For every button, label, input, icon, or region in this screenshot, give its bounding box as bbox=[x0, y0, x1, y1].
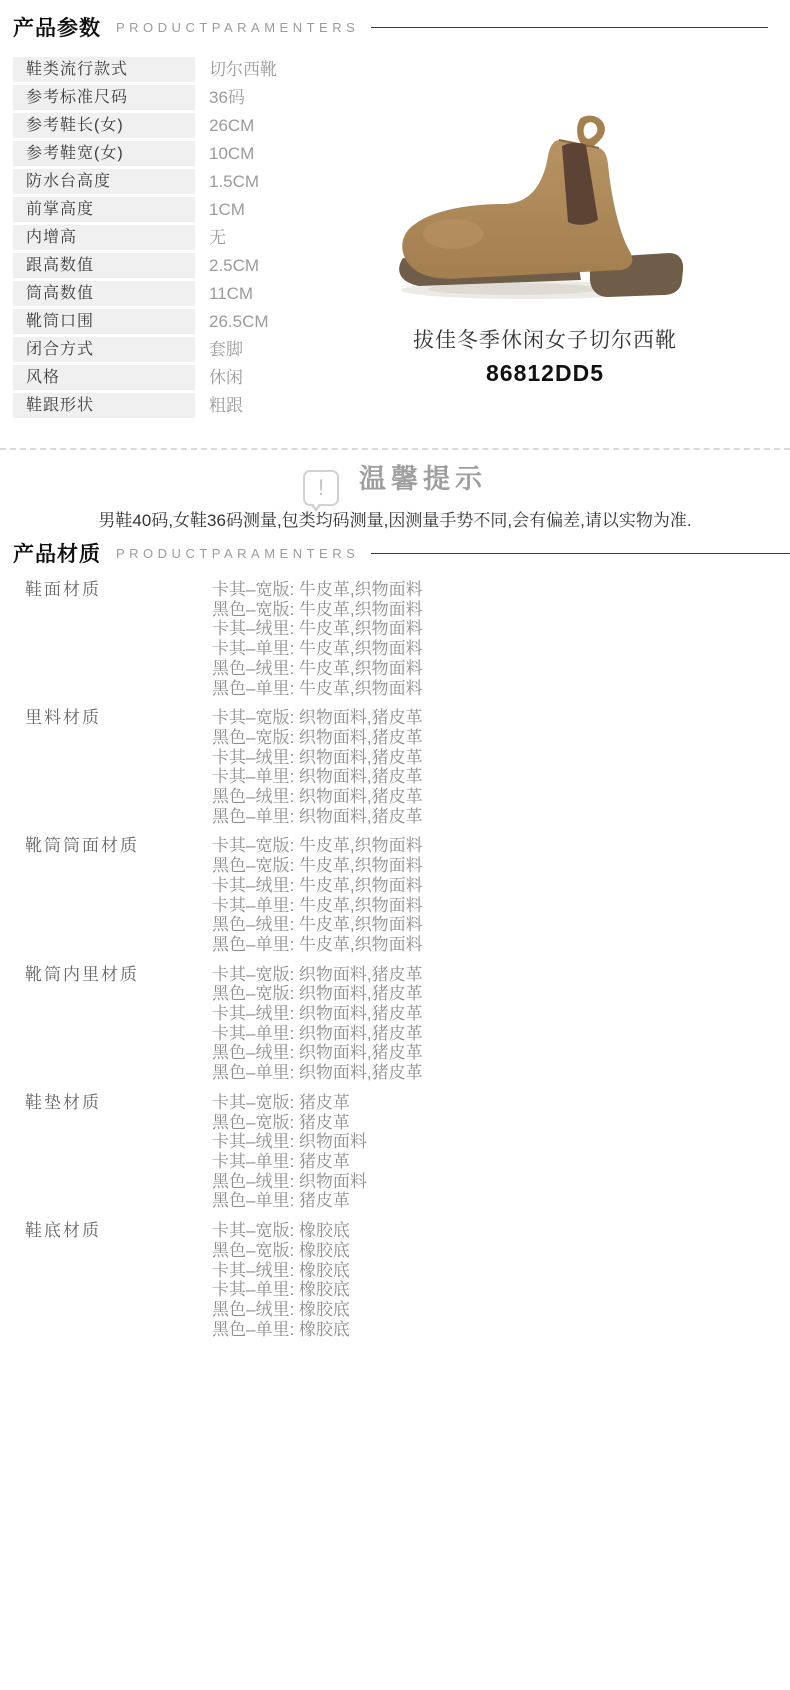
param-label: 闭合方式 bbox=[13, 337, 195, 362]
material-line: 卡其–宽版: 织物面料,猪皮革 bbox=[212, 708, 775, 728]
param-value: 1.5CM bbox=[195, 169, 259, 194]
material-line: 卡其–宽版: 织物面料,猪皮革 bbox=[212, 965, 775, 985]
param-label: 内增高 bbox=[13, 225, 195, 250]
material-line: 黑色–绒里: 织物面料 bbox=[212, 1172, 775, 1192]
tips-text: 男鞋40码,女鞋36码测量,包类均码测量,因测量手势不同,会有偏差,请以实物为准… bbox=[0, 506, 790, 531]
header-rule bbox=[371, 27, 768, 28]
header-rule bbox=[371, 553, 790, 554]
section-header-materials: 产品材质 PRODUCTPARAMENTERS bbox=[13, 538, 790, 568]
material-line: 卡其–绒里: 牛皮革,织物面料 bbox=[212, 619, 775, 639]
param-label: 防水台高度 bbox=[13, 169, 195, 194]
material-lines: 卡其–宽版: 猪皮革黑色–宽版: 猪皮革卡其–绒里: 织物面料卡其–单里: 猪皮… bbox=[212, 1093, 775, 1211]
param-value: 无 bbox=[195, 225, 226, 250]
material-line: 卡其–单里: 织物面料,猪皮革 bbox=[212, 1024, 775, 1044]
materials-list: 鞋面材质卡其–宽版: 牛皮革,织物面料黑色–宽版: 牛皮革,织物面料卡其–绒里:… bbox=[25, 580, 775, 1349]
material-line: 卡其–绒里: 牛皮革,织物面料 bbox=[212, 876, 775, 896]
material-line: 卡其–绒里: 织物面料 bbox=[212, 1132, 775, 1152]
material-group: 靴筒内里材质卡其–宽版: 织物面料,猪皮革黑色–宽版: 织物面料,猪皮革卡其–绒… bbox=[25, 965, 775, 1083]
material-line: 卡其–宽版: 牛皮革,织物面料 bbox=[212, 836, 775, 856]
material-line: 黑色–宽版: 织物面料,猪皮革 bbox=[212, 984, 775, 1004]
material-lines: 卡其–宽版: 牛皮革,织物面料黑色–宽版: 牛皮革,织物面料卡其–绒里: 牛皮革… bbox=[212, 836, 775, 954]
material-group: 鞋底材质卡其–宽版: 橡胶底黑色–宽版: 橡胶底卡其–绒里: 橡胶底卡其–单里:… bbox=[25, 1221, 775, 1339]
product-figure: 拔佳冬季休闲女子切尔西靴 86812DD5 bbox=[330, 112, 760, 386]
material-line: 黑色–单里: 牛皮革,织物面料 bbox=[212, 935, 775, 955]
material-lines: 卡其–宽版: 织物面料,猪皮革黑色–宽版: 织物面料,猪皮革卡其–绒里: 织物面… bbox=[212, 708, 775, 826]
param-row: 鞋跟形状粗跟 bbox=[13, 393, 773, 418]
section-subtitle: PRODUCTPARAMENTERS bbox=[116, 20, 359, 35]
material-line: 卡其–绒里: 橡胶底 bbox=[212, 1261, 775, 1281]
material-line: 黑色–绒里: 牛皮革,织物面料 bbox=[212, 915, 775, 935]
param-label: 风格 bbox=[13, 365, 195, 390]
material-line: 卡其–绒里: 织物面料,猪皮革 bbox=[212, 1004, 775, 1024]
product-model: 86812DD5 bbox=[330, 360, 760, 386]
material-line: 黑色–绒里: 牛皮革,织物面料 bbox=[212, 659, 775, 679]
material-line: 卡其–宽版: 猪皮革 bbox=[212, 1093, 775, 1113]
section-subtitle: PRODUCTPARAMENTERS bbox=[116, 546, 359, 561]
param-value: 套脚 bbox=[195, 337, 243, 362]
material-line: 卡其–单里: 牛皮革,织物面料 bbox=[212, 639, 775, 659]
param-label: 鞋跟形状 bbox=[13, 393, 195, 418]
param-label: 靴筒口围 bbox=[13, 309, 195, 334]
material-line: 黑色–单里: 牛皮革,织物面料 bbox=[212, 679, 775, 699]
material-lines: 卡其–宽版: 织物面料,猪皮革黑色–宽版: 织物面料,猪皮革卡其–绒里: 织物面… bbox=[212, 965, 775, 1083]
material-line: 黑色–宽版: 织物面料,猪皮革 bbox=[212, 728, 775, 748]
material-group: 鞋垫材质卡其–宽版: 猪皮革黑色–宽版: 猪皮革卡其–绒里: 织物面料卡其–单里… bbox=[25, 1093, 775, 1211]
param-value: 11CM bbox=[195, 281, 253, 306]
material-line: 黑色–单里: 织物面料,猪皮革 bbox=[212, 1063, 775, 1083]
param-value: 10CM bbox=[195, 141, 254, 166]
material-line: 卡其–宽版: 橡胶底 bbox=[212, 1221, 775, 1241]
material-lines: 卡其–宽版: 牛皮革,织物面料黑色–宽版: 牛皮革,织物面料卡其–绒里: 牛皮革… bbox=[212, 580, 775, 698]
material-lines: 卡其–宽版: 橡胶底黑色–宽版: 橡胶底卡其–绒里: 橡胶底卡其–单里: 橡胶底… bbox=[212, 1221, 775, 1339]
material-label: 鞋面材质 bbox=[25, 580, 212, 698]
material-line: 黑色–单里: 织物面料,猪皮革 bbox=[212, 807, 775, 827]
tips-header: ! 温馨提示 bbox=[0, 457, 790, 506]
param-label: 筒高数值 bbox=[13, 281, 195, 306]
material-line: 卡其–宽版: 牛皮革,织物面料 bbox=[212, 580, 775, 600]
material-group: 里料材质卡其–宽版: 织物面料,猪皮革黑色–宽版: 织物面料,猪皮革卡其–绒里:… bbox=[25, 708, 775, 826]
param-label: 前掌高度 bbox=[13, 197, 195, 222]
param-value: 休闲 bbox=[195, 365, 243, 390]
param-value: 26CM bbox=[195, 113, 254, 138]
param-label: 参考标准尺码 bbox=[13, 85, 195, 110]
material-line: 黑色–宽版: 橡胶底 bbox=[212, 1241, 775, 1261]
param-value: 36码 bbox=[195, 85, 245, 110]
material-line: 黑色–单里: 橡胶底 bbox=[212, 1320, 775, 1340]
param-row: 鞋类流行款式切尔西靴 bbox=[13, 57, 773, 82]
material-line: 卡其–单里: 牛皮革,织物面料 bbox=[212, 896, 775, 916]
param-value: 2.5CM bbox=[195, 253, 259, 278]
material-label: 里料材质 bbox=[25, 708, 212, 826]
material-line: 黑色–宽版: 猪皮革 bbox=[212, 1113, 775, 1133]
param-label: 参考鞋长(女) bbox=[13, 113, 195, 138]
material-label: 靴筒内里材质 bbox=[25, 965, 212, 1083]
material-line: 卡其–单里: 猪皮革 bbox=[212, 1152, 775, 1172]
material-line: 黑色–绒里: 织物面料,猪皮革 bbox=[212, 787, 775, 807]
section-title: 产品材质 bbox=[13, 538, 101, 568]
param-value: 切尔西靴 bbox=[195, 57, 277, 82]
material-line: 卡其–绒里: 织物面料,猪皮革 bbox=[212, 748, 775, 768]
param-value: 1CM bbox=[195, 197, 245, 222]
material-line: 黑色–绒里: 橡胶底 bbox=[212, 1300, 775, 1320]
param-label: 参考鞋宽(女) bbox=[13, 141, 195, 166]
dashed-divider bbox=[0, 448, 790, 450]
material-line: 黑色–绒里: 织物面料,猪皮革 bbox=[212, 1043, 775, 1063]
material-group: 鞋面材质卡其–宽版: 牛皮革,织物面料黑色–宽版: 牛皮革,织物面料卡其–绒里:… bbox=[25, 580, 775, 698]
section-title: 产品参数 bbox=[13, 12, 101, 42]
param-label: 跟高数值 bbox=[13, 253, 195, 278]
tips-title: 温馨提示 bbox=[359, 457, 487, 496]
section-header-params: 产品参数 PRODUCTPARAMENTERS bbox=[13, 12, 768, 42]
material-label: 靴筒筒面材质 bbox=[25, 836, 212, 954]
param-value: 26.5CM bbox=[195, 309, 269, 334]
material-line: 黑色–宽版: 牛皮革,织物面料 bbox=[212, 856, 775, 876]
material-label: 鞋底材质 bbox=[25, 1221, 212, 1339]
param-label: 鞋类流行款式 bbox=[13, 57, 195, 82]
param-value: 粗跟 bbox=[195, 393, 243, 418]
material-line: 黑色–宽版: 牛皮革,织物面料 bbox=[212, 600, 775, 620]
exclamation-bubble-icon: ! bbox=[303, 470, 339, 506]
material-line: 卡其–单里: 橡胶底 bbox=[212, 1280, 775, 1300]
material-group: 靴筒筒面材质卡其–宽版: 牛皮革,织物面料黑色–宽版: 牛皮革,织物面料卡其–绒… bbox=[25, 836, 775, 954]
material-line: 卡其–单里: 织物面料,猪皮革 bbox=[212, 767, 775, 787]
param-row: 参考标准尺码36码 bbox=[13, 85, 773, 110]
product-name: 拔佳冬季休闲女子切尔西靴 bbox=[330, 328, 760, 354]
material-line: 黑色–单里: 猪皮革 bbox=[212, 1191, 775, 1211]
material-label: 鞋垫材质 bbox=[25, 1093, 212, 1211]
exclamation-glyph: ! bbox=[318, 477, 324, 499]
chelsea-boot-photo bbox=[395, 112, 695, 302]
